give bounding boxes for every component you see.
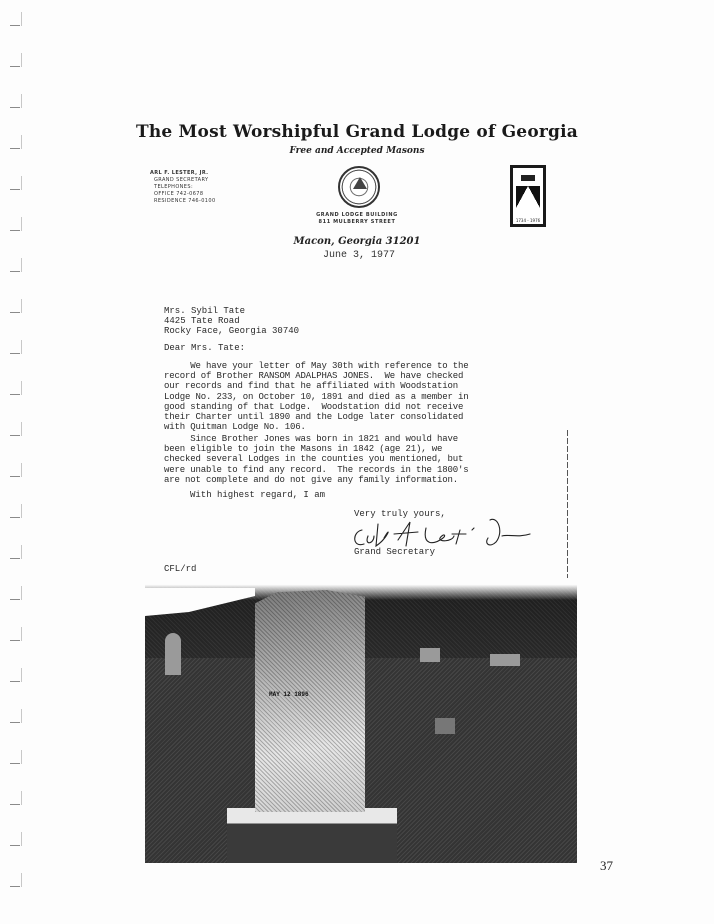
margin-tick (10, 558, 20, 559)
gravestone-photo: MAY 12 1896 (145, 578, 577, 863)
margin-tick (10, 722, 20, 723)
recipient-line: Rocky Face, Georgia 30740 (164, 326, 299, 336)
body-paragraph: We have your letter of May 30th with ref… (164, 361, 524, 432)
margin-tick (10, 107, 20, 108)
background-gravestone (165, 633, 181, 675)
officer-name: ARL F. LESTER, JR. (150, 170, 216, 177)
reference-initials: CFL/rd (164, 564, 196, 574)
margin-tick (10, 394, 20, 395)
margin-tick (10, 763, 20, 764)
salutation: Dear Mrs. Tate: (164, 343, 245, 353)
residence-phone: RESIDENCE 746-0100 (150, 198, 216, 205)
background-gravestone (490, 654, 520, 666)
officer-block: ARL F. LESTER, JR. GRAND SECRETARY TELEP… (150, 170, 216, 205)
office-phone: OFFICE 742-0678 (150, 191, 216, 198)
margin-tick (10, 886, 20, 887)
gravestone: MAY 12 1896 (255, 590, 365, 812)
margin-tick (10, 845, 20, 846)
street-address: 811 MULBERRY STREET (0, 219, 714, 226)
closing-line: With highest regard, I am (190, 490, 325, 500)
margin-tick (10, 517, 20, 518)
margin-tick (10, 804, 20, 805)
letterhead-address: GRAND LODGE BUILDING 811 MULBERRY STREET (0, 212, 714, 226)
recipient-line: Mrs. Sybil Tate (164, 306, 299, 316)
margin-tick (10, 599, 20, 600)
letter-date: June 3, 1977 (323, 250, 395, 261)
margin-tick (10, 353, 20, 354)
letterhead-title: The Most Worshipful Grand Lodge of Georg… (0, 122, 714, 142)
photo-hill (145, 588, 255, 628)
letterhead-city: Macon, Georgia 31201 (0, 236, 714, 247)
stone-inscription: MAY 12 1896 (269, 690, 349, 700)
grand-lodge-seal-icon (338, 166, 380, 208)
margin-tick (10, 271, 20, 272)
margin-tick (10, 66, 20, 67)
signer-title: Grand Secretary (354, 547, 435, 557)
background-gravestone (435, 718, 455, 734)
gravestone-base (227, 808, 397, 863)
margin-tick (10, 476, 20, 477)
officer-title: GRAND SECRETARY (150, 177, 216, 184)
telephones-label: TELEPHONES: (150, 184, 216, 191)
margin-tick (10, 189, 20, 190)
margin-tick (10, 25, 20, 26)
recipient-line: 4425 Tate Road (164, 316, 299, 326)
margin-line (567, 430, 568, 580)
signature-icon (348, 512, 548, 552)
square-compass-icon (516, 186, 540, 208)
body-paragraph: Since Brother Jones was born in 1821 and… (164, 434, 524, 485)
margin-tick (10, 312, 20, 313)
building-name: GRAND LODGE BUILDING (0, 212, 714, 219)
margin-tick (10, 681, 20, 682)
margin-tick (10, 640, 20, 641)
letterhead-subtitle: Free and Accepted Masons (0, 146, 714, 156)
recipient-address: Mrs. Sybil Tate 4425 Tate Road Rocky Fac… (164, 306, 299, 336)
document-page: The Most Worshipful Grand Lodge of Georg… (0, 0, 714, 924)
margin-tick (10, 230, 20, 231)
background-gravestone (420, 648, 440, 662)
page-number: 37 (600, 858, 613, 874)
margin-tick (10, 435, 20, 436)
flag-icon (521, 175, 535, 181)
